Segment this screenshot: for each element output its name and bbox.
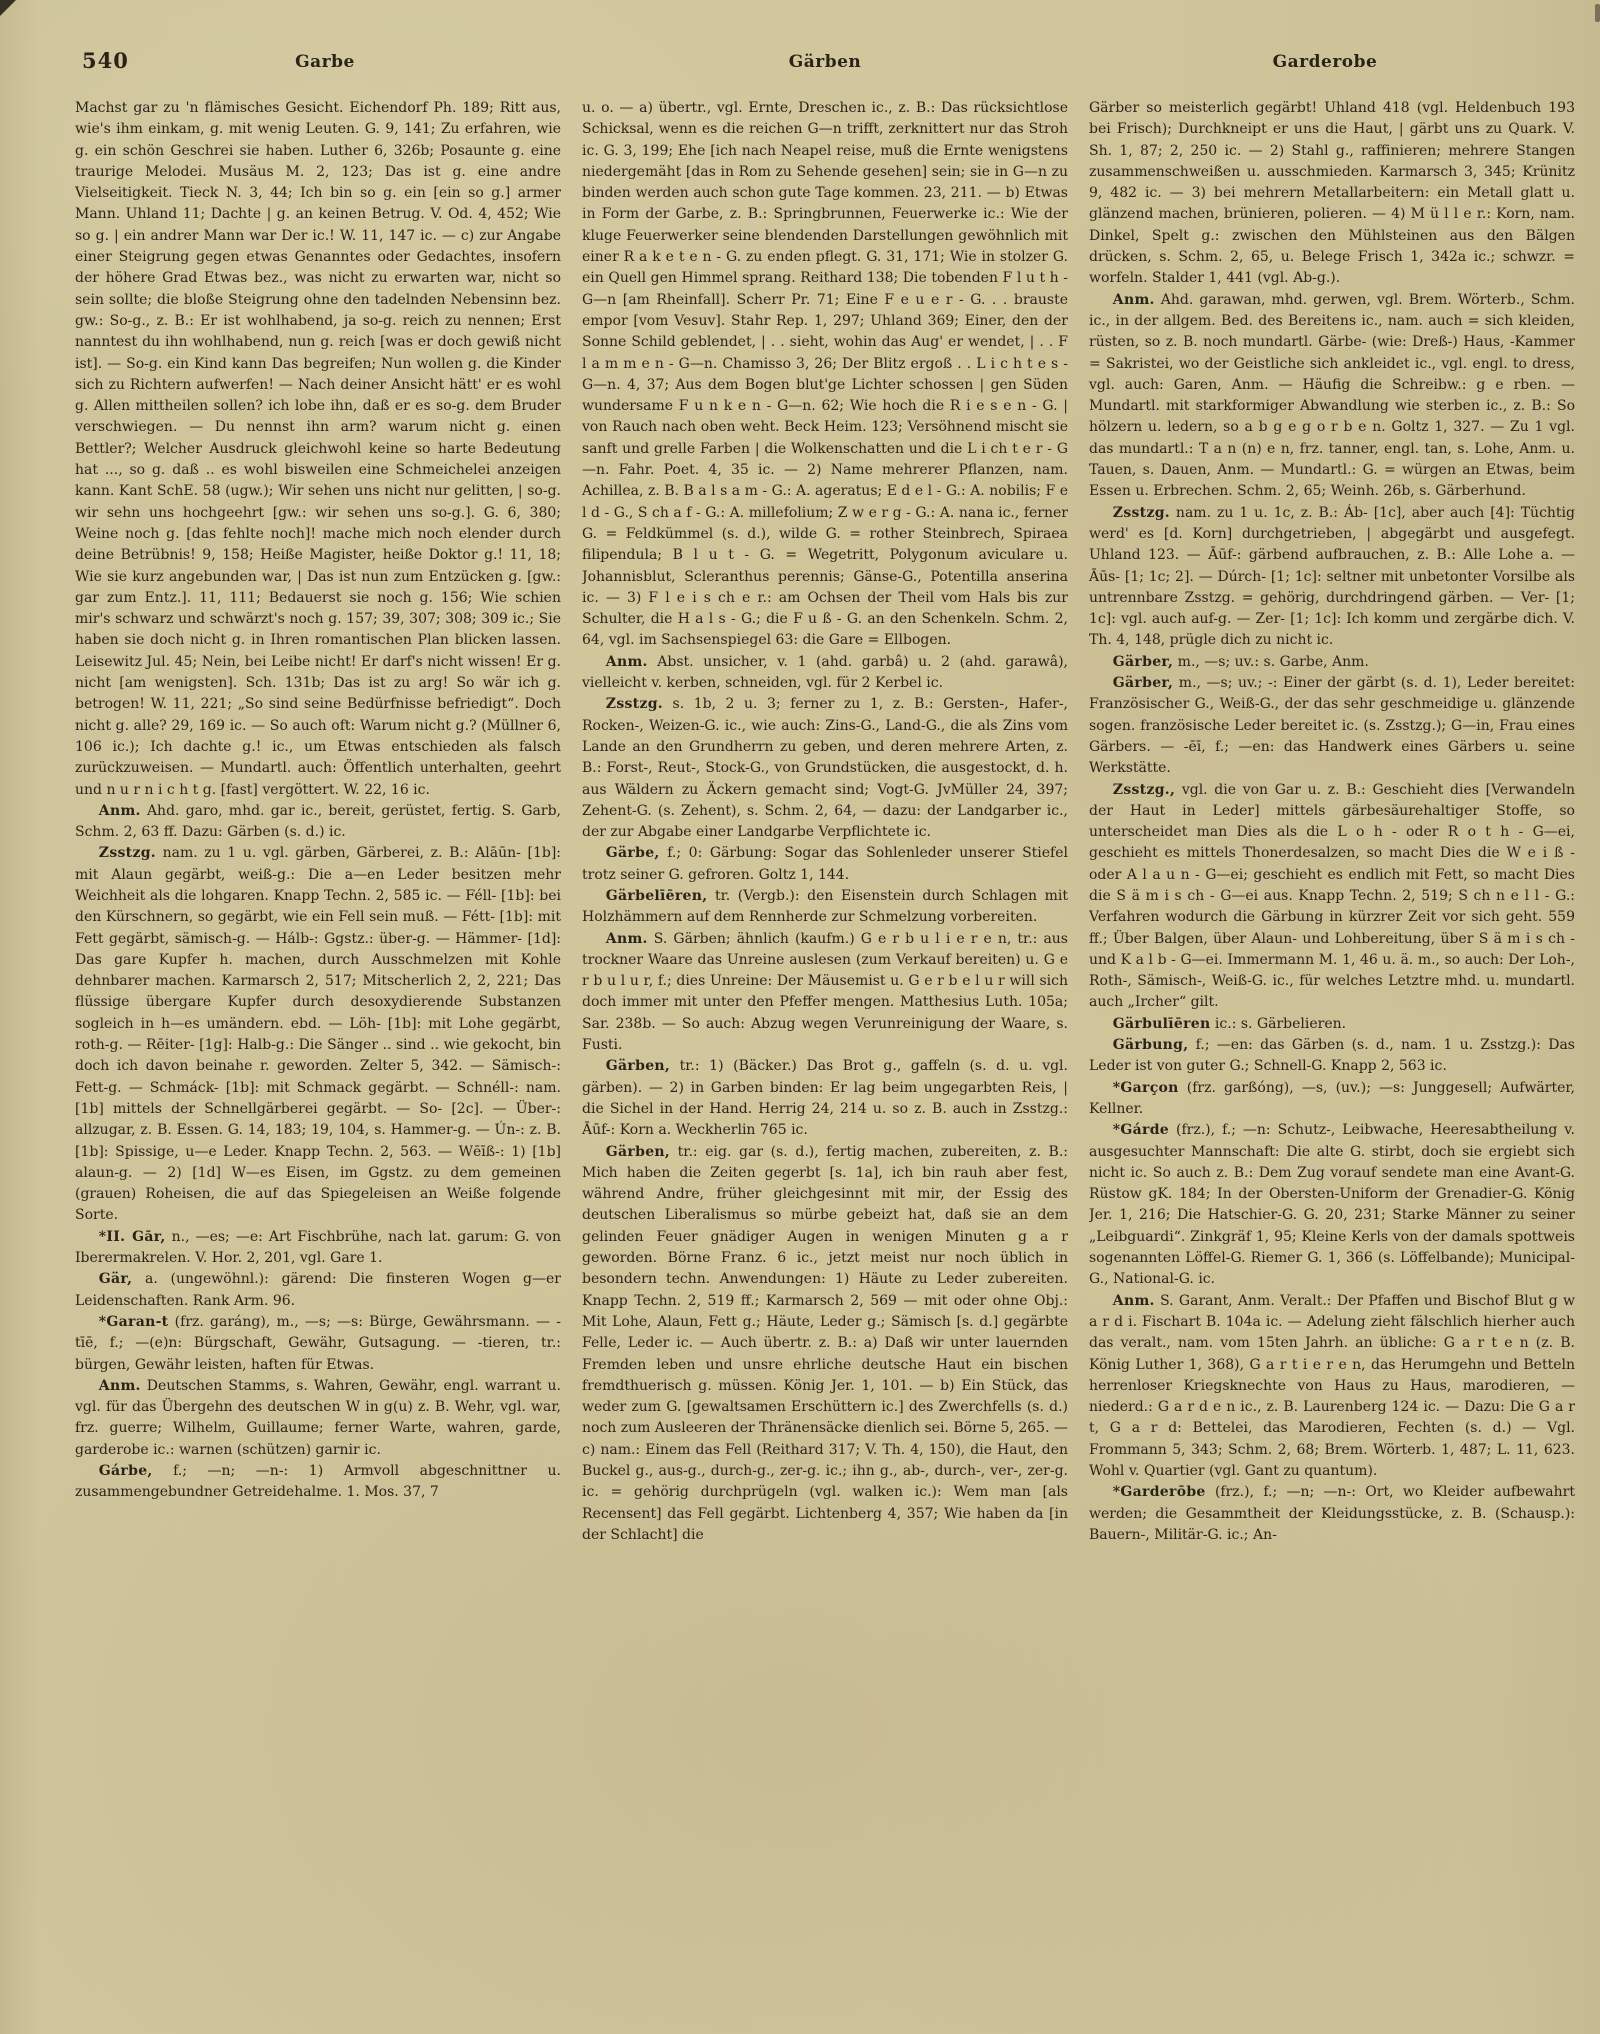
text-columns: Machst gar zu 'n flämisches Gesicht. Eic… [75, 98, 1575, 1998]
entry-paragraph: Gärbelīēren, tr. (Vergb.): den Eisenstei… [582, 886, 1068, 929]
dictionary-page-scan: 540 Garbe Gärben Garderobe Machst gar zu… [0, 0, 1600, 2034]
entry-headword: Anm. [1113, 292, 1155, 308]
running-head: Garbe Gärben Garderobe [75, 52, 1575, 72]
entry-paragraph: Anm. Ahd. garo, mhd. gar ic., bereit, ge… [75, 801, 561, 844]
entry-paragraph: *Garçon (frz. garßóng), —s, (uv.); —s: J… [1089, 1078, 1575, 1121]
entry-paragraph: Anm. Ahd. garawan, mhd. gerwen, vgl. Bre… [1089, 290, 1575, 503]
entry-paragraph: *Garderōbe (frz.), f.; —n; —n-: Ort, wo … [1089, 1482, 1575, 1546]
entry-paragraph: Gärbung, f.; —en: das Gärben (s. d., nam… [1089, 1035, 1575, 1078]
entry-headword: Anm. [606, 931, 648, 947]
entry-paragraph: Anm. Deutschen Stamms, s. Wahren, Gewähr… [75, 1376, 561, 1461]
entry-headword: Gärbung, [1113, 1037, 1189, 1053]
running-head-word-1: Garbe [75, 52, 575, 72]
entry-paragraph: *Garan-t (frz. garáng), m., —s; —s: Bürg… [75, 1312, 561, 1376]
entry-headword: Zsstzg., [1113, 782, 1175, 798]
entry-headword: *Garderōbe [1113, 1484, 1206, 1500]
entry-headword: *Garan-t [99, 1314, 169, 1330]
running-head-word-2: Gärben [575, 52, 1075, 72]
entry-paragraph: Anm. S. Garant, Anm. Veralt.: Der Pfaffe… [1089, 1291, 1575, 1483]
entry-headword: *II. Gār, [99, 1229, 166, 1245]
entry-paragraph: Zsstzg. nam. zu 1 u. 1c, z. B.: Áb- [1c]… [1089, 503, 1575, 652]
entry-headword: Anm. [99, 1378, 141, 1394]
entry-paragraph: Anm. S. Gärben; ähnlich (kaufm.) G e r b… [582, 929, 1068, 1057]
entry-headword: Gärber, [1113, 675, 1173, 691]
entry-paragraph: *II. Gār, n., —es; —e: Art Fischbrühe, n… [75, 1227, 561, 1270]
entry-paragraph: Gärber, m., —s; uv.; -: Einer der gärbt … [1089, 673, 1575, 779]
entry-paragraph: Gärbe, f.; 0: Gärbung: Sogar das Sohlenl… [582, 843, 1068, 886]
entry-headword: Gärbelīēren, [606, 888, 708, 904]
entry-paragraph: Gárbe, f.; —n; —n-: 1) Armvoll abgeschni… [75, 1461, 561, 1504]
entry-paragraph: Zsstzg. nam. zu 1 u. vgl. gärben, Gärber… [75, 843, 561, 1226]
column-left: Machst gar zu 'n flämisches Gesicht. Eic… [75, 98, 561, 1998]
entry-paragraph: Zsstzg., vgl. die von Gar u. z. B.: Gesc… [1089, 780, 1575, 1014]
entry-paragraph: Gärben, tr.: eig. gar (s. d.), fertig ma… [582, 1142, 1068, 1547]
entry-paragraph: Zsstzg. s. 1b, 2 u. 3; ferner zu 1, z. B… [582, 694, 1068, 843]
entry-headword: Gärben, [606, 1058, 670, 1074]
column-right: Gärber so meisterlich gegärbt! Uhland 41… [1089, 98, 1575, 1998]
entry-headword: Gärber, [1113, 654, 1173, 670]
entry-paragraph: Gärben, tr.: 1) (Bäcker.) Das Brot g., g… [582, 1056, 1068, 1141]
continuation-paragraph: u. o. — a) übertr., vgl. Ernte, Dreschen… [582, 98, 1068, 652]
column-middle: u. o. — a) übertr., vgl. Ernte, Dreschen… [582, 98, 1068, 1998]
entry-headword: Zsstzg. [606, 696, 663, 712]
entry-headword: Gärben, [606, 1144, 670, 1160]
running-head-word-3: Garderobe [1075, 52, 1575, 72]
scan-corner-artifact [0, 0, 16, 16]
entry-headword: Anm. [99, 803, 141, 819]
entry-headword: Zsstzg. [1113, 505, 1170, 521]
entry-paragraph: *Gárde (frz.), f.; —n: Schutz-, Leibwach… [1089, 1120, 1575, 1290]
scan-edge-artifact [1595, 4, 1600, 22]
entry-headword: *Garçon [1113, 1080, 1179, 1096]
entry-headword: Anm. [606, 654, 648, 670]
entry-paragraph: Gärber, m., —s; uv.: s. Garbe, Anm. [1089, 652, 1575, 673]
entry-paragraph: Gär, a. (ungewöhnl.): gärend: Die finste… [75, 1269, 561, 1312]
entry-paragraph: Anm. Abst. unsicher, v. 1 (ahd. garbâ) u… [582, 652, 1068, 695]
entry-headword: Gärbe, [606, 845, 660, 861]
entry-headword: Gárbe, [99, 1463, 153, 1479]
continuation-paragraph: Gärber so meisterlich gegärbt! Uhland 41… [1089, 98, 1575, 290]
entry-headword: Anm. [1113, 1293, 1155, 1309]
entry-headword: Zsstzg. [99, 845, 156, 861]
entry-headword: *Gárde [1113, 1122, 1169, 1138]
entry-headword: Gärbulīēren [1113, 1016, 1211, 1032]
continuation-paragraph: Machst gar zu 'n flämisches Gesicht. Eic… [75, 98, 561, 801]
entry-headword: Gär, [99, 1271, 132, 1287]
entry-paragraph: Gärbulīēren ic.: s. Gärbelieren. [1089, 1014, 1575, 1035]
